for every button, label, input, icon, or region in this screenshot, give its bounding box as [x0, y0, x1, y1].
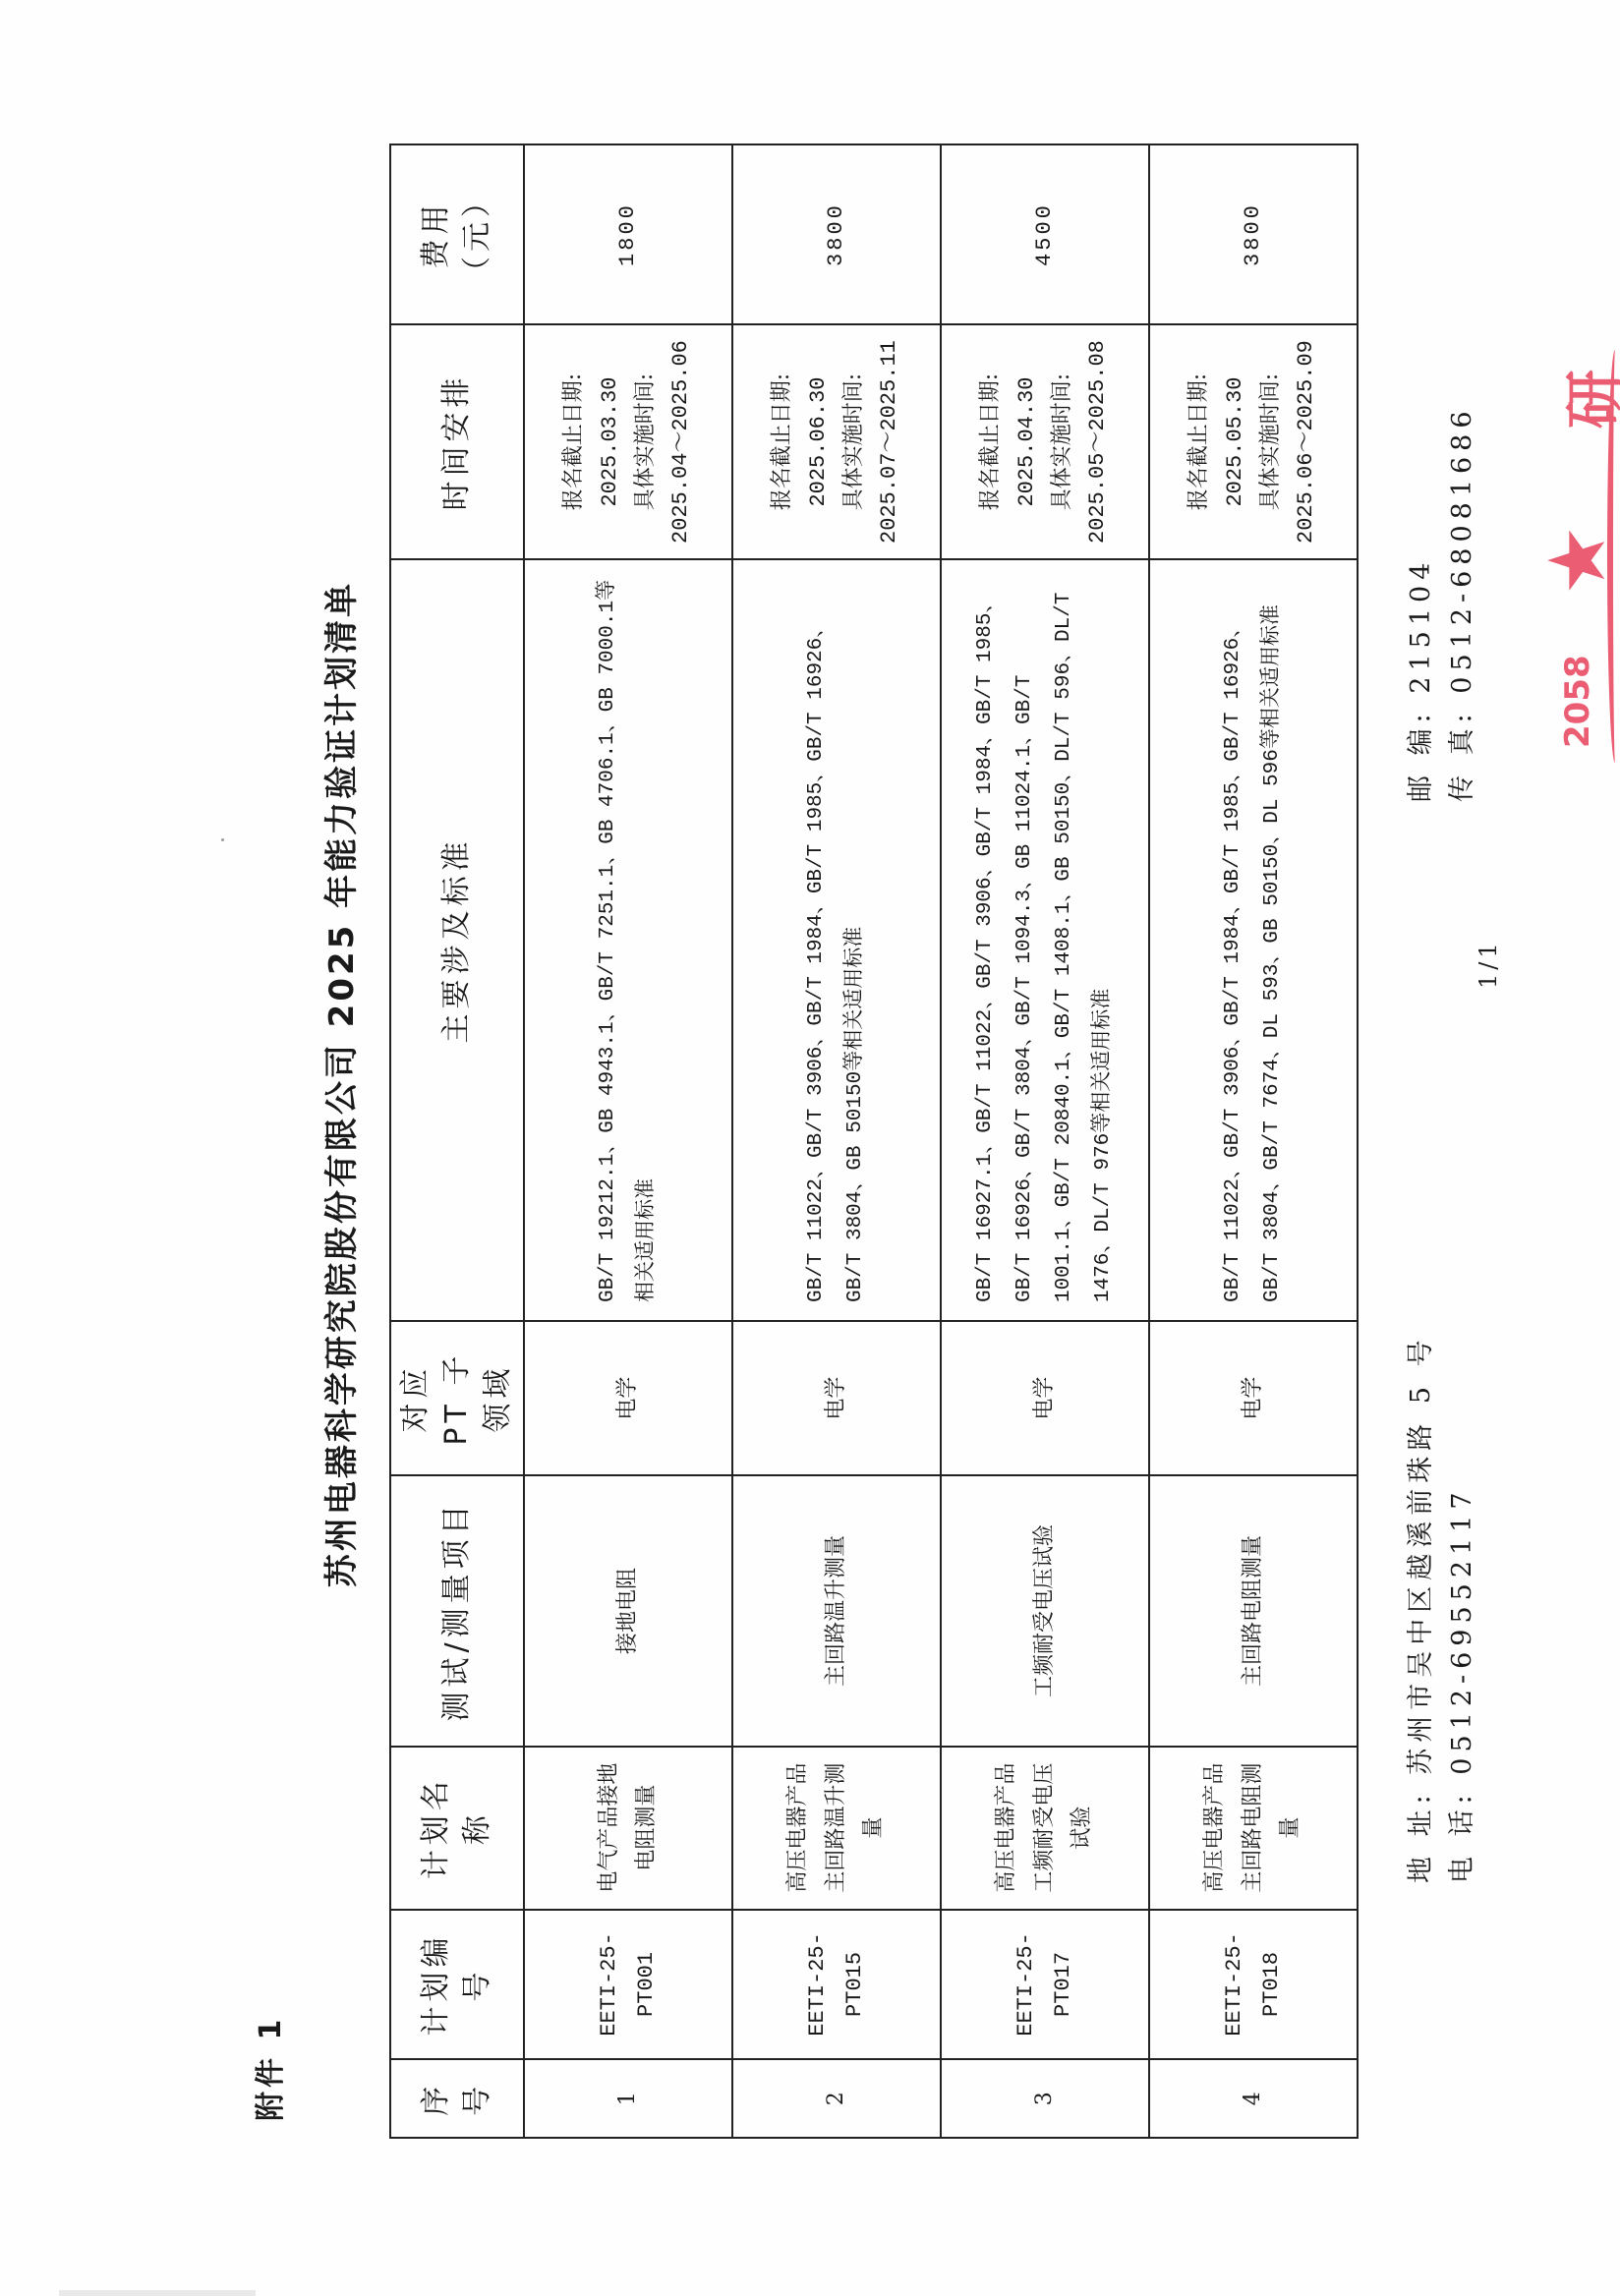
period-range: 2025.05～2025.08 [1080, 339, 1116, 545]
cell-pt-field: 电学 [732, 1321, 941, 1475]
cell-plan-code: EETI-25-PT017 [941, 1910, 1149, 2060]
official-seal-stamp: 2058 ★ 研 [1529, 350, 1620, 763]
document-title: 苏州电器科学研究院股份有限公司 2025 年能力验证计划清单 [315, 0, 363, 2296]
scan-speck [221, 838, 224, 841]
table-header-row: 序号 计划编号 计划名称 测试/测量项目 对应 PT 子领域 主要涉及标准 时间… [390, 144, 524, 2138]
cell-schedule: 报名截止日期: 2025.03.30 具体实施时间: 2025.04～2025.… [524, 324, 732, 559]
document-page: 附件 1 苏州电器科学研究院股份有限公司 2025 年能力验证计划清单 序号 计… [0, 0, 1620, 2296]
cell-test-item: 工频耐受电压试验 [941, 1475, 1149, 1747]
header-plan-code: 计划编号 [390, 1910, 524, 2060]
cell-pt-field: 电学 [524, 1321, 732, 1475]
phone-value: 0512-69552117 [1447, 1486, 1477, 1774]
deadline-label: 报名截止日期: [973, 339, 1009, 545]
cell-plan-name: 高压电器产品主回路电阻测量 [1149, 1747, 1358, 1910]
attachment-label: 附件 1 [246, 2016, 289, 2121]
address-value: 苏州市吴中区越溪前珠路 5 号 [1406, 1334, 1436, 1774]
period-label: 具体实施时间: [837, 339, 872, 545]
cell-plan-code: EETI-25-PT015 [732, 1910, 941, 2060]
cell-seq: 2 [732, 2059, 941, 2138]
contact-footer: 地 址: 苏州市吴中区越溪前珠路 5 号 邮 编: 215104 电 话: 05… [1401, 212, 1483, 1883]
address: 地 址: 苏州市吴中区越溪前珠路 5 号 [1401, 1334, 1442, 1883]
cell-test-item: 主回路电阻测量 [1149, 1475, 1358, 1747]
page-number: 1/1 [1475, 939, 1502, 989]
cell-fee: 4500 [941, 144, 1149, 324]
period-label: 具体实施时间: [1253, 339, 1289, 545]
header-schedule: 时间安排 [390, 324, 524, 559]
cell-standards: GB/T 16927.1、GB/T 11022、GB/T 3906、GB/T 1… [941, 559, 1149, 1321]
header-pt-field: 对应 PT 子领域 [390, 1321, 524, 1475]
period-range: 2025.06～2025.09 [1289, 339, 1324, 545]
postcode-value: 215104 [1406, 557, 1436, 694]
period-label: 具体实施时间: [628, 339, 664, 545]
cell-fee: 3800 [1149, 144, 1358, 324]
cell-plan-name: 高压电器产品工频耐受电压试验 [941, 1747, 1149, 1910]
cell-seq: 4 [1149, 2059, 1358, 2138]
deadline-date: 2025.06.30 [801, 339, 837, 545]
deadline-label: 报名截止日期: [765, 339, 800, 545]
deadline-label: 报名截止日期: [556, 339, 592, 545]
table-row: 4 EETI-25-PT018 高压电器产品主回路电阻测量 主回路电阻测量 电学… [1149, 144, 1358, 2138]
cell-fee: 1800 [524, 144, 732, 324]
period-range: 2025.04～2025.06 [664, 339, 699, 545]
period-label: 具体实施时间: [1045, 339, 1080, 545]
cell-test-item: 接地电阻 [524, 1475, 732, 1747]
table-row: 2 EETI-25-PT015 高压电器产品主回路温升测量 主回路温升测量 电学… [732, 144, 941, 2138]
cell-pt-field: 电学 [1149, 1321, 1358, 1475]
scanned-document-viewport: 附件 1 苏州电器科学研究院股份有限公司 2025 年能力验证计划清单 序号 计… [0, 0, 1620, 2296]
header-seq: 序号 [390, 2059, 524, 2138]
scan-artifact [59, 2290, 256, 2296]
cell-plan-name: 高压电器产品主回路温升测量 [732, 1747, 941, 1910]
cell-standards: GB/T 19212.1、GB 4943.1、GB/T 7251.1、GB 47… [524, 559, 732, 1321]
cell-schedule: 报名截止日期: 2025.04.30 具体实施时间: 2025.05～2025.… [941, 324, 1149, 559]
header-standards: 主要涉及标准 [390, 559, 524, 1321]
footer-row-phone: 电 话: 0512-69552117 传 真: 0512-68081686 [1442, 212, 1483, 1883]
cell-schedule: 报名截止日期: 2025.05.30 具体实施时间: 2025.06～2025.… [1149, 324, 1358, 559]
cell-fee: 3800 [732, 144, 941, 324]
cell-test-item: 主回路温升测量 [732, 1475, 941, 1747]
header-test-item: 测试/测量项目 [390, 1475, 524, 1747]
cell-plan-code: EETI-25-PT018 [1149, 1910, 1358, 2060]
address-label: 地 址: [1406, 1789, 1436, 1883]
cell-standards: GB/T 11022、GB/T 3906、GB/T 1984、GB/T 1985… [732, 559, 941, 1321]
pt-plan-table: 序号 计划编号 计划名称 测试/测量项目 对应 PT 子领域 主要涉及标准 时间… [389, 143, 1359, 2139]
cell-plan-code: EETI-25-PT001 [524, 1910, 732, 2060]
phone-label: 电 话: [1447, 1789, 1477, 1883]
cell-standards: GB/T 11022、GB/T 3906、GB/T 1984、GB/T 1985… [1149, 559, 1358, 1321]
footer-row-address: 地 址: 苏州市吴中区越溪前珠路 5 号 邮 编: 215104 [1401, 212, 1442, 1883]
postcode-label: 邮 编: [1406, 708, 1436, 802]
deadline-date: 2025.03.30 [593, 339, 628, 545]
cell-seq: 3 [941, 2059, 1149, 2138]
table-row: 3 EETI-25-PT017 高压电器产品工频耐受电压试验 工频耐受电压试验 … [941, 144, 1149, 2138]
deadline-date: 2025.04.30 [1010, 339, 1045, 545]
cell-seq: 1 [524, 2059, 732, 2138]
phone: 电 话: 0512-69552117 [1442, 1486, 1483, 1883]
deadline-label: 报名截止日期: [1182, 339, 1217, 545]
fax-value: 0512-68081686 [1447, 405, 1477, 693]
fax: 传 真: 0512-68081686 [1442, 405, 1483, 802]
star-icon: ★ [1538, 525, 1617, 596]
stamp-number: 2058 [1558, 655, 1597, 748]
header-plan-name: 计划名称 [390, 1747, 524, 1910]
period-range: 2025.07～2025.11 [872, 339, 907, 545]
header-fee: 费用（元） [390, 144, 524, 324]
deadline-date: 2025.05.30 [1218, 339, 1253, 545]
fax-label: 传 真: [1447, 708, 1477, 802]
cell-pt-field: 电学 [941, 1321, 1149, 1475]
stamp-border-arc [1607, 350, 1620, 763]
postcode: 邮 编: 215104 [1401, 557, 1442, 802]
table-row: 1 EETI-25-PT001 电气产品接地电阻测量 接地电阻 电学 GB/T … [524, 144, 732, 2138]
cell-plan-name: 电气产品接地电阻测量 [524, 1747, 732, 1910]
cell-schedule: 报名截止日期: 2025.06.30 具体实施时间: 2025.07～2025.… [732, 324, 941, 559]
